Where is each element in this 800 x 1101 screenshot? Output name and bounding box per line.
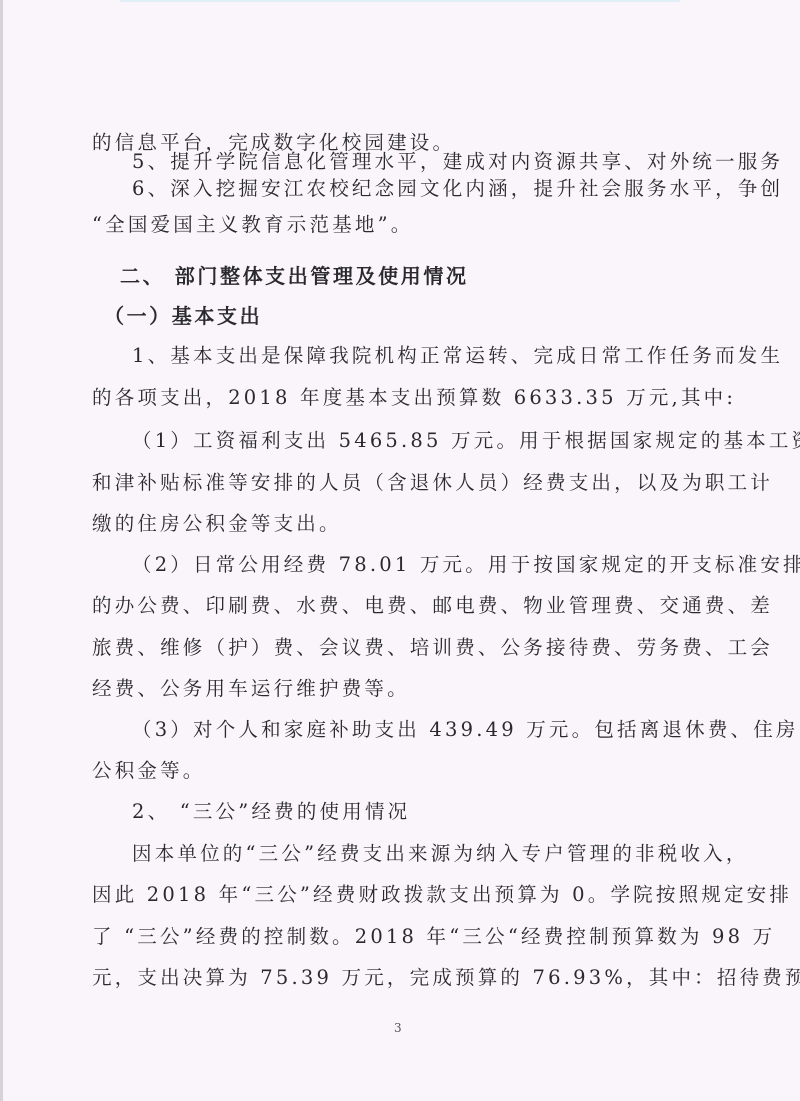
paragraph-line: 因此 2018 年“三公”经费财政拨款支出预算为 0。学院按照规定安排 <box>92 883 732 907</box>
subsection-heading: （一）基本支出 <box>104 304 744 328</box>
scan-edge <box>0 0 3 1101</box>
paragraph-line: （3）对个人和家庭补助支出 439.49 万元。包括离退休费、住房 <box>132 718 772 742</box>
paragraph-line: 的各项支出，2018 年度基本支出预算数 6633.35 万元,其中: <box>92 386 732 410</box>
paragraph-line: 1、基本支出是保障我院机构正常运转、完成日常工作任务而发生 <box>132 344 772 368</box>
paragraph-line: 的信息平台，完成数字化校园建设。 <box>92 131 732 155</box>
paragraph-line: 因本单位的“三公”经费支出来源为纳入专户管理的非税收入， <box>132 842 772 866</box>
paragraph-line: 的办公费、印刷费、水费、电费、邮电费、物业管理费、交通费、差 <box>92 594 732 618</box>
paragraph-line: “全国爱国主义教育示范基地”。 <box>92 213 732 237</box>
paragraph-line: 元，支出决算为 75.39 万元，完成预算的 76.93%，其中：招待费预算 <box>92 966 732 990</box>
page-number: 3 <box>394 1021 402 1035</box>
paragraph-line: （1）工资福利支出 5465.85 万元。用于根据国家规定的基本工资 <box>132 429 772 453</box>
paragraph-line: （2）日常公用经费 78.01 万元。用于按国家规定的开支标准安排 <box>132 553 772 577</box>
paragraph-line: 2、 “三公”经费的使用情况 <box>132 800 772 824</box>
paragraph-line: 旅费、维修（护）费、会议费、培训费、公务接待费、劳务费、工会 <box>92 636 732 660</box>
scan-top-edge <box>120 0 680 2</box>
section-heading: 二、 部门整体支出管理及使用情况 <box>120 264 760 288</box>
paragraph-line: 和津补贴标准等安排的人员（含退休人员）经费支出，以及为职工计 <box>92 471 732 495</box>
paragraph-line: 了 “三公”经费的控制数。2018 年“三公“经费控制预算数为 98 万 <box>92 925 732 949</box>
paragraph-line: 缴的住房公积金等支出。 <box>92 512 732 536</box>
paragraph-line: 6、深入挖掘安江农校纪念园文化内涵，提升社会服务水平，争创 <box>132 177 772 201</box>
paragraph-line: 公积金等。 <box>92 759 732 783</box>
paragraph-line: 经费、公务用车运行维护费等。 <box>92 677 732 701</box>
